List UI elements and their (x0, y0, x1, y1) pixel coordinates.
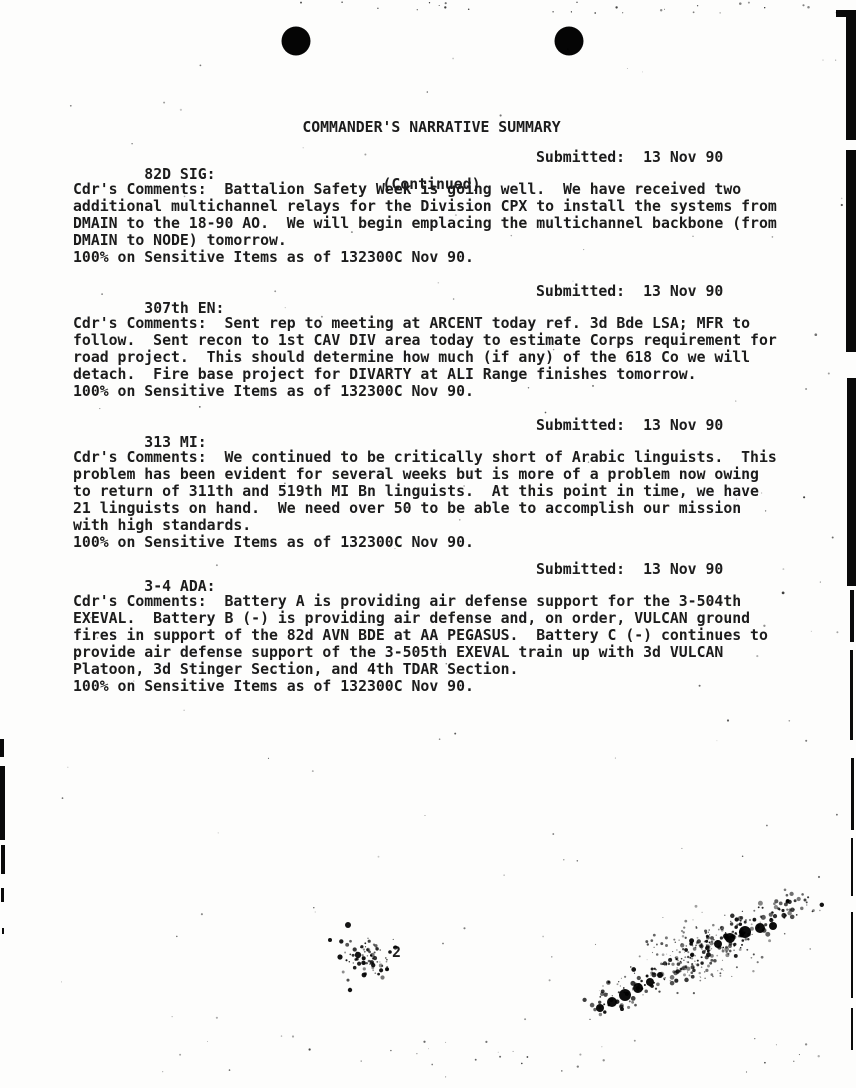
text-line: detach. Fire base project for DIVARTY at… (73, 366, 856, 383)
hole-punch-left (282, 27, 311, 56)
section-3-4-ada: 3-4 ADA: Submitted:13 Nov 90 Cdr's Comme… (73, 561, 856, 695)
text-line: 21 linguists on hand. We need over 50 to… (73, 500, 856, 517)
text-line: Cdr's Comments: Battery A is providing a… (73, 593, 856, 610)
text-line: follow. Sent recon to 1st CAV DIV area t… (73, 332, 856, 349)
section-header: 313 MI: Submitted:13 Nov 90 (73, 417, 856, 434)
text-line: additional multichannel relays for the D… (73, 198, 856, 215)
text-line: 100% on Sensitive Items as of 132300C No… (73, 383, 856, 400)
submitted-field: Submitted:13 Nov 90 (536, 149, 723, 166)
commander-comments: Cdr's Comments: We continued to be criti… (73, 449, 856, 551)
submitted-date: 13 Nov 90 (643, 149, 723, 166)
commander-comments: Cdr's Comments: Sent rep to meeting at A… (73, 315, 856, 400)
text-line: fires in support of the 82d AVN BDE at A… (73, 627, 856, 644)
text-line: Cdr's Comments: We continued to be criti… (73, 449, 856, 466)
text-line: Cdr's Comments: Sent rep to meeting at A… (73, 315, 856, 332)
section-header: 3-4 ADA: Submitted:13 Nov 90 (73, 561, 856, 578)
submitted-label: Submitted: (536, 283, 625, 300)
text-line: Platoon, 3d Stinger Section, and 4th TDA… (73, 661, 856, 678)
commander-comments: Cdr's Comments: Battalion Safety Week is… (73, 181, 856, 266)
submitted-date: 13 Nov 90 (643, 283, 723, 300)
submitted-date: 13 Nov 90 (643, 417, 723, 434)
section-307th-en: 307th EN: Submitted:13 Nov 90 Cdr's Comm… (73, 283, 856, 400)
hole-punch-right (555, 27, 584, 56)
section-header: 307th EN: Submitted:13 Nov 90 (73, 283, 856, 300)
section-82d-sig: 82D SIG: Submitted:13 Nov 90 Cdr's Comme… (73, 149, 856, 266)
commander-comments: Cdr's Comments: Battery A is providing a… (73, 593, 856, 695)
text-line: DMAIN to NODE) tomorrow. (73, 232, 856, 249)
submitted-date: 13 Nov 90 (643, 561, 723, 578)
section-313-mi: 313 MI: Submitted:13 Nov 90 Cdr's Commen… (73, 417, 856, 551)
text-line: DMAIN to the 18-90 AO. We will begin emp… (73, 215, 856, 232)
text-line: Cdr's Comments: Battalion Safety Week is… (73, 181, 856, 198)
text-line: problem has been evident for several wee… (73, 466, 856, 483)
submitted-label: Submitted: (536, 149, 625, 166)
text-line: road project. This should determine how … (73, 349, 856, 366)
submitted-field: Submitted:13 Nov 90 (536, 561, 723, 578)
submitted-field: Submitted:13 Nov 90 (536, 417, 723, 434)
text-line: EXEVAL. Battery B (-) is providing air d… (73, 610, 856, 627)
unit-name: 307th EN: (144, 300, 224, 317)
section-header: 82D SIG: Submitted:13 Nov 90 (73, 149, 856, 166)
document-title: COMMANDER'S NARRATIVE SUMMARY (73, 118, 790, 137)
scanned-document-page: COMMANDER'S NARRATIVE SUMMARY (Continued… (0, 0, 856, 1088)
unit-name: 3-4 ADA: (144, 578, 215, 595)
unit-name: 82D SIG: (144, 166, 215, 183)
text-line: 100% on Sensitive Items as of 132300C No… (73, 534, 856, 551)
submitted-label: Submitted: (536, 417, 625, 434)
submitted-field: Submitted:13 Nov 90 (536, 283, 723, 300)
text-line: 100% on Sensitive Items as of 132300C No… (73, 249, 856, 266)
text-line: 100% on Sensitive Items as of 132300C No… (73, 678, 856, 695)
text-line: to return of 311th and 519th MI Bn lingu… (73, 483, 856, 500)
text-line: with high standards. (73, 517, 856, 534)
unit-name: 313 MI: (144, 434, 206, 451)
page-number: 2 (392, 944, 401, 960)
text-line: provide air defense support of the 3-505… (73, 644, 856, 661)
submitted-label: Submitted: (536, 561, 625, 578)
